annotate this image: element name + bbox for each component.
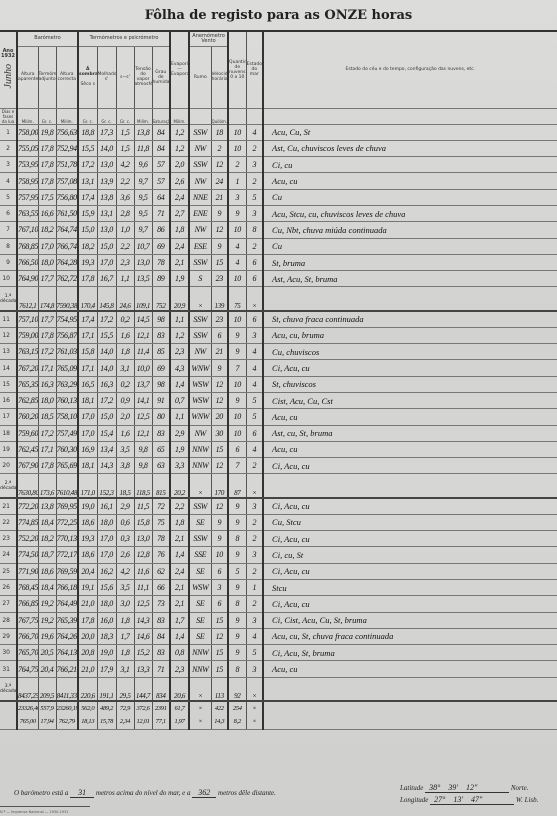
cell-vel: 6 [211,327,228,343]
cell-nuv: 9 [228,547,246,563]
latitude-value: 38° 39' 12" [425,783,509,793]
day-number: 31 [0,661,17,677]
day-number: 16 [0,392,17,408]
cell-evap: 1,4 [170,376,189,392]
day-number: 2 [0,140,17,156]
cell-rumo: NW [189,425,211,441]
cell-diff: 1,8 [116,612,134,628]
day-number: 30 [0,645,17,661]
cell-alt_cor: 751,78 [56,157,78,173]
cell-vel: 6 [211,596,228,612]
cell-nuv: 7 [228,360,246,376]
cell-evap: 1,2 [170,327,189,343]
cell-seco: 17,1 [78,327,97,343]
cell-diff: 1,5 [116,140,134,156]
cell-tensao: 12,8 [134,547,152,563]
cell-alt_ap: 760,20 [17,409,38,425]
cell-tensao: 12,5 [134,409,152,425]
weather-remark: Cu [263,238,557,254]
cell-nuv: 9 [228,205,246,221]
cell-tensao: 11,4 [134,344,152,360]
cell-nuv: 9 [228,579,246,595]
decade-label: 3.ª década [0,677,17,701]
cell-rumo: SE [189,514,211,530]
decade-term: 209,5 [38,677,56,701]
cell-alt_cor: 757,08 [56,173,78,189]
cell-seco: 15,0 [78,222,97,238]
weather-remark: Acu, cu, St, chuva fraca continuada [263,628,557,644]
cell-evap: 0,7 [170,392,189,408]
cell-term: 18,5 [38,409,56,425]
cell-diff: 1,6 [116,327,134,343]
weather-remark: Ci, Acu, cu [263,360,557,376]
day-number: 23 [0,531,17,547]
weather-remark: Cu, Stcu [263,514,557,530]
decade-summary-row: 2.ª década7630,80173,67610,48171,0152,31… [0,474,557,498]
cell-mar: 2 [246,531,263,547]
weather-remark: Ast, Cu, chuviscos leves de chuva [263,140,557,156]
cell-evap: 1,8 [170,514,189,530]
cell-alt_cor: 754,95 [56,311,78,327]
cell-grau: 57 [152,157,170,173]
corrected-height-header: Altura correcta [56,46,78,108]
cell-grau: 91 [152,392,170,408]
cell-grau: 63 [152,458,170,474]
weather-remark: Ci, cu [263,157,557,173]
cell-tensao: 14,1 [134,392,152,408]
cell-nuv: 5 [228,563,246,579]
clouds-header: Quantidade de nuvens 0 a 10 [228,32,246,108]
cell-rumo: WNW [189,360,211,376]
cell-mar: 2 [246,563,263,579]
total-molh: 489,215,78 [97,701,116,729]
cell-evap: 1,8 [170,222,189,238]
table-row: 26768,4518,4766,1819,115,63,511,1662,1WS… [0,579,557,595]
cell-grau: 83 [152,645,170,661]
cell-seco: 17,0 [78,409,97,425]
barometer-distance: 362 [192,788,216,798]
cell-term: 17,7 [38,271,56,287]
cell-mar: 2 [246,596,263,612]
cell-term: 17,8 [38,173,56,189]
cell-alt_ap: 755,05 [17,140,38,156]
vapour-tension-header: Tensão do vapor atmosférico [134,46,152,108]
cell-rumo: WSW [189,579,211,595]
day-number: 1 [0,124,17,140]
cell-term: 18,0 [38,254,56,270]
cell-alt_cor: 761,03 [56,344,78,360]
cell-seco: 18,1 [78,458,97,474]
cell-term: 17,8 [38,327,56,343]
cell-evap: 2,4 [170,563,189,579]
day-number: 18 [0,425,17,441]
cell-grau: 98 [152,311,170,327]
cell-mar: 2 [246,140,263,156]
cell-nuv: 7 [228,458,246,474]
decade-label: 1.ª década [0,287,17,311]
cell-molh: 13,0 [97,157,116,173]
cell-rumo: SSW [189,498,211,514]
table-row: 24774,5018,7772,1718,617,02,612,8761,4SS… [0,547,557,563]
cell-alt_cor: 758,10 [56,409,78,425]
cell-tensao: 13,7 [134,376,152,392]
cell-seco: 15,5 [78,140,97,156]
cell-molh: 17,0 [97,254,116,270]
cell-alt_ap: 764,75 [17,661,38,677]
cell-alt_ap: 758,95 [17,173,38,189]
decade-seco: 170,4 [78,287,97,311]
cell-seco: 21,0 [78,661,97,677]
cell-vel: 21 [211,189,228,205]
year-value: 1932 [1,53,15,59]
cell-tensao: 9,7 [134,173,152,189]
cell-vel: 2 [211,140,228,156]
cell-rumo: ENE [189,205,211,221]
cell-seco: 17,4 [78,311,97,327]
weather-remark: Ci, Cist, Acu, Cu, St, bruma [263,612,557,628]
cell-molh: 17,0 [97,547,116,563]
cell-alt_cor: 760,13 [56,392,78,408]
month-value: Junho [6,64,11,88]
cell-evap: 1,7 [170,612,189,628]
cell-molh: 17,0 [97,531,116,547]
cell-nuv: 9 [228,628,246,644]
cell-alt_cor: 756,63 [56,124,78,140]
cell-alt_ap: 768,45 [17,579,38,595]
day-number: 15 [0,376,17,392]
cell-mar: 3 [246,327,263,343]
cell-evap: 2,2 [170,498,189,514]
cell-grau: 69 [152,238,170,254]
cell-rumo: NNE [189,189,211,205]
day-number: 4 [0,173,17,189]
cell-evap: 2,6 [170,173,189,189]
total-alt_cor: 23260,19762,79 [56,701,78,729]
cell-nuv: 8 [228,531,246,547]
cell-rumo: SE [189,612,211,628]
cell-seco: 18,6 [78,514,97,530]
cell-nuv: 9 [228,514,246,530]
cell-term: 19,8 [38,124,56,140]
cell-diff: 3,0 [116,596,134,612]
weather-remark: St, chuviscos [263,376,557,392]
day-number: 28 [0,612,17,628]
cell-molh: 14,0 [97,360,116,376]
table-row: 13763,1517,2761,0315,814,01,811,4852,3NW… [0,344,557,360]
cell-alt_ap: 757,10 [17,311,38,327]
cell-tensao: 14,5 [134,311,152,327]
day-number: 6 [0,205,17,221]
decade-diff: 18,5 [116,474,134,498]
cell-mar: 3 [246,498,263,514]
cell-mar: 2 [246,173,263,189]
day-number: 19 [0,441,17,457]
cell-seco: 20,4 [78,563,97,579]
table-row: 3753,9517,8751,7817,213,04,29,6572,0SSW1… [0,157,557,173]
cell-evap: 2,1 [170,254,189,270]
decade-mar: × [246,287,263,311]
weather-remark: Acu, cu [263,173,557,189]
cell-molh: 14,0 [97,344,116,360]
cell-vel: 9 [211,514,228,530]
cell-mar: 6 [246,425,263,441]
total-nuv: 2548,2 [228,701,246,729]
cell-seco: 17,8 [78,612,97,628]
cell-evap: 1,4 [170,547,189,563]
cell-rumo: NW [189,173,211,189]
cell-tensao: 11,1 [134,579,152,595]
cell-nuv: 8 [228,661,246,677]
total-term: 557,917,94 [38,701,56,729]
cell-mar: 4 [246,344,263,360]
cell-grau: 83 [152,425,170,441]
cell-diff: 4,2 [116,563,134,579]
table-row: 21772,2013,8769,9519,016,12,911,5722,2SS… [0,498,557,514]
cell-molh: 17,2 [97,392,116,408]
cell-alt_ap: 766,85 [17,596,38,612]
cell-rumo: SE [189,628,211,644]
decade-evap: 20,9 [170,287,189,311]
cell-alt_cor: 752,94 [56,140,78,156]
decade-term: 173,6 [38,474,56,498]
wind-direction-header: Rumo [189,46,211,108]
decade-molh: 145,8 [97,287,116,311]
longitude-value: 27° 13' 47" [430,795,514,805]
cell-nuv: 10 [228,409,246,425]
cell-alt_ap: 764,90 [17,271,38,287]
decade-alt_cor: 7610,48 [56,474,78,498]
cell-vel: 9 [211,360,228,376]
cell-grau: 66 [152,579,170,595]
cell-molh: 19,0 [97,645,116,661]
cell-rumo: SE [189,596,211,612]
cell-rumo: NW [189,140,211,156]
day-number: 17 [0,409,17,425]
cell-alt_ap: 767,20 [17,360,38,376]
total-alt_ap: 23326,40765,00 [17,701,38,729]
cell-nuv: 10 [228,425,246,441]
cell-rumo: SSE [189,547,211,563]
table-row: 1758,0019,8756,6318,817,31,513,8841,2SSW… [0,124,557,140]
cell-tensao: 12,1 [134,425,152,441]
cell-alt_cor: 756,87 [56,327,78,343]
cell-nuv: 6 [228,441,246,457]
decade-evap: 20,2 [170,474,189,498]
decade-nuv: 75 [228,287,246,311]
cell-term: 17,5 [38,189,56,205]
table-row: 7767,1018,2764,7415,013,01,09,7861,8NW12… [0,222,557,238]
cell-alt_ap: 763,55 [17,205,38,221]
day-number: 20 [0,458,17,474]
cell-evap: 1,2 [170,124,189,140]
cell-seco: 17,0 [78,425,97,441]
cell-evap: 2,3 [170,661,189,677]
cell-evap: 2,1 [170,579,189,595]
wet-bulb-header: Molhado s' [97,46,116,108]
cell-alt_cor: 764,28 [56,254,78,270]
table-row: 29766,7019,6764,2620,018,31,714,6841,4SE… [0,628,557,644]
cell-mar: 4 [246,628,263,644]
anemometer-header: AnemómetroVento [189,32,228,46]
cell-molh: 17,2 [97,311,116,327]
cell-molh: 16,7 [97,271,116,287]
cell-evap: 1,2 [170,140,189,156]
cell-tensao: 9,5 [134,205,152,221]
dry-bulb-header: Á sombraSêco s [78,46,97,108]
cell-molh: 13,1 [97,205,116,221]
barometer-header: Barómetro [17,32,78,46]
cell-grau: 78 [152,254,170,270]
cell-molh: 14,0 [97,140,116,156]
decade-grau: 834 [152,677,170,701]
cell-tensao: 15,2 [134,645,152,661]
weather-remark: Ci, cu, St [263,547,557,563]
cell-diff: 2,6 [116,547,134,563]
cell-diff: 2,0 [116,409,134,425]
cell-rumo: SSW [189,254,211,270]
cell-nuv: 9 [228,498,246,514]
day-number: 10 [0,271,17,287]
decade-molh: 191,1 [97,677,116,701]
thermometers-header: Termómetros e psicrómetro [78,32,170,46]
cell-grau: 75 [152,514,170,530]
decade-vel: 139 [211,287,228,311]
cell-nuv: 10 [228,222,246,238]
cell-alt_cor: 765,69 [56,458,78,474]
cell-nuv: 10 [228,124,246,140]
table-row: 20767,9017,8765,6918,114,33,89,8633,3NNW… [0,458,557,474]
sea-state-header: Estado do mar [246,32,263,108]
cell-seco: 20,8 [78,645,97,661]
cell-tensao: 13,0 [134,254,152,270]
table-row: 4758,9517,8757,0813,113,92,29,7572,6NW24… [0,173,557,189]
cell-evap: 2,1 [170,531,189,547]
weather-remark: Ast, Acu, St, bruma [263,271,557,287]
cell-alt_ap: 767,90 [17,458,38,474]
cell-diff: 4,2 [116,157,134,173]
cell-molh: 18,0 [97,596,116,612]
cell-nuv: 9 [228,327,246,343]
cell-mar: 4 [246,124,263,140]
cell-tensao: 9,7 [134,222,152,238]
cell-diff: 2,3 [116,254,134,270]
table-row: 2755,0517,8752,9415,514,01,511,8841,2NW2… [0,140,557,156]
table-row: 14767,2017,1765,0917,114,03,110,0694,3WN… [0,360,557,376]
day-number: 29 [0,628,17,644]
cell-seco: 18,1 [78,392,97,408]
cell-term: 18,6 [38,563,56,579]
decade-nuv: 92 [228,677,246,701]
decade-diff: 29,5 [116,677,134,701]
cell-alt_ap: 752,20 [17,531,38,547]
cell-rumo: NNW [189,458,211,474]
cell-tensao: 13,3 [134,661,152,677]
cell-molh: 15,0 [97,238,116,254]
cell-seco: 16,5 [78,376,97,392]
weather-remark: Acu, Stcu, cu, chuviscos leves de chuva [263,205,557,221]
cell-diff: 1,0 [116,222,134,238]
decade-seco: 171,0 [78,474,97,498]
cell-vel: 12 [211,376,228,392]
cell-tensao: 13,5 [134,271,152,287]
cell-mar: 6 [246,254,263,270]
cell-rumo: ESE [189,238,211,254]
cell-mar: 8 [246,222,263,238]
day-number: 12 [0,327,17,343]
cell-nuv: 9 [228,392,246,408]
total-mar: ×× [246,701,263,729]
table-row: 17760,2018,5758,1017,015,02,012,5801,1WN… [0,409,557,425]
decade-grau: 815 [152,474,170,498]
cell-rumo: NW [189,222,211,238]
table-row: 5757,9517,5756,8017,413,83,69,5642,4NNE2… [0,189,557,205]
cell-vel: 12 [211,392,228,408]
days-label: Dias e fases da lua [0,108,17,124]
cell-seco: 21,0 [78,596,97,612]
cell-term: 19,2 [38,612,56,628]
cell-nuv: 9 [228,344,246,360]
day-number: 21 [0,498,17,514]
cell-evap: 2,0 [170,157,189,173]
cell-term: 17,1 [38,360,56,376]
cell-vel: 12 [211,498,228,514]
cell-alt_cor: 765,39 [56,612,78,628]
cell-alt_cor: 756,80 [56,189,78,205]
cell-seco: 17,2 [78,157,97,173]
cell-diff: 0,6 [116,514,134,530]
weather-remark: Ci, Acu, cu [263,531,557,547]
cell-grau: 83 [152,612,170,628]
table-row: 30765,7020,5764,1320,819,01,815,2830,8NN… [0,645,557,661]
decade-tensao: 109,1 [134,287,152,311]
cell-rumo: WSW [189,392,211,408]
cell-evap: 1,9 [170,441,189,457]
weather-remark: Cist, Acu, Cu, Cst [263,392,557,408]
cell-alt_cor: 757,49 [56,425,78,441]
attached-thermometer-header: Termómetro adjunto [38,46,56,108]
cell-vel: 30 [211,425,228,441]
table-row: 15765,3516,3763,2916,516,30,213,7981,4WS… [0,376,557,392]
barometer-note: O barómetro está a 31 metros acima do ní… [14,788,276,798]
cell-term: 19,6 [38,628,56,644]
cell-tensao: 14,3 [134,612,152,628]
cell-alt_ap: 763,15 [17,344,38,360]
cell-rumo: NW [189,344,211,360]
weather-remark: Acu, cu [263,409,557,425]
cell-term: 17,2 [38,425,56,441]
cell-mar: 6 [246,271,263,287]
cell-molh: 15,0 [97,409,116,425]
cell-grau: 86 [152,222,170,238]
cell-vel: 15 [211,612,228,628]
decade-alt_cor: 7590,38 [56,287,78,311]
cell-tensao: 9,5 [134,189,152,205]
cell-diff: 1,6 [116,425,134,441]
cell-rumo: SSW [189,124,211,140]
cell-diff: 0,9 [116,392,134,408]
cell-molh: 13,8 [97,189,116,205]
cell-tensao: 14,6 [134,628,152,644]
cell-diff: 1,8 [116,645,134,661]
printer-imprint: N.º — Imprensa Nacional — 1930-1931 [0,810,69,814]
table-row: 25771,9018,6769,5920,416,24,211,6622,4SE… [0,563,557,579]
weather-remark: Ast, cu, St, bruma [263,425,557,441]
cell-grau: 65 [152,441,170,457]
cell-seco: 17,1 [78,360,97,376]
decade-evap: 20,6 [170,677,189,701]
cell-molh: 18,0 [97,514,116,530]
day-number: 7 [0,222,17,238]
